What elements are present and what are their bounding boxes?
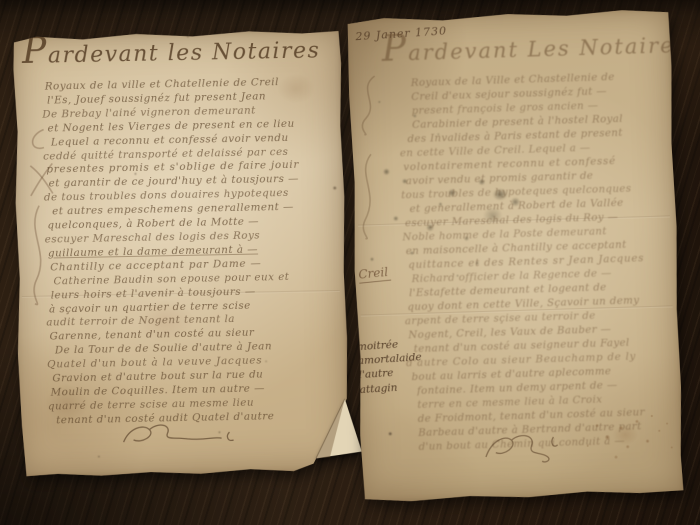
left-document-body: Royaux de la ville et Chatellenie de Cre… xyxy=(45,75,340,428)
margin-bleedthrough-flourish xyxy=(348,70,393,253)
right-document: 29 Janer 1730 Pardevant Les Notaires Cre… xyxy=(345,7,685,503)
left-parchment-surface: Pardevant les Notaires Royaux de la vill… xyxy=(10,28,350,478)
left-parchment-sheet: Pardevant les Notaires Royaux de la vill… xyxy=(10,28,350,478)
left-document-heading: Pardevant les Notaires xyxy=(22,36,321,69)
right-parchment-surface: 29 Janer 1730 Pardevant Les Notaires Cre… xyxy=(345,7,685,503)
right-parchment-sheet: 29 Janer 1730 Pardevant Les Notaires Cre… xyxy=(345,7,685,503)
margin-note-place: Creil xyxy=(358,265,391,284)
left-document: Pardevant les Notaires Royaux de la vill… xyxy=(10,28,350,478)
photograph-background: Pardevant les Notaires Royaux de la vill… xyxy=(0,0,700,525)
signature-paraph xyxy=(117,420,238,450)
right-document-body: Royaux de la Ville et Chastellenie deCre… xyxy=(401,69,676,455)
signature-paraph xyxy=(477,429,562,467)
